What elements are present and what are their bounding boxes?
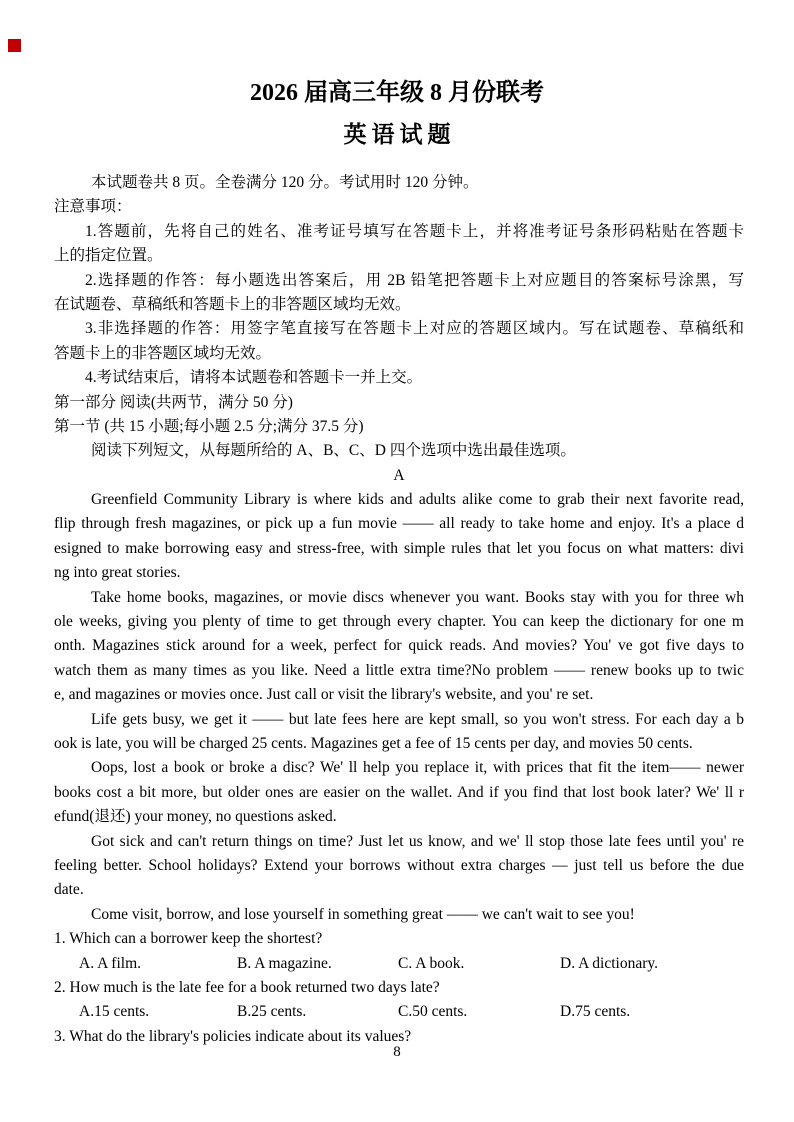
text-line: Got sick and can't return things on time… (54, 830, 744, 854)
text-line: 4.考试结束后，请将本试题卷和答题卡一并上交。 (54, 366, 744, 390)
text-line: 阅读下列短文，从每题所给的 A、B、C、D 四个选项中选出最佳选项。 (54, 439, 744, 463)
text-line: feeling better. School holidays? Extend … (54, 854, 744, 878)
text-line: Oops, lost a book or broke a disc? We' l… (54, 756, 744, 780)
text-line: Life gets busy, we get it —— but late fe… (54, 708, 744, 732)
option-item: A. A film. (79, 952, 237, 976)
text-line: 3.非选择题的作答：用签字笔直接写在答题卡上对应的答题区域内。写在试题卷、草稿纸… (54, 317, 744, 341)
text-line: 2. How much is the late fee for a book r… (54, 976, 744, 1000)
page-number: 8 (0, 1042, 794, 1062)
text-line: 2.选择题的作答：每小题选出答案后，用 2B 铅笔把答题卡上对应题目的答案标号涂… (54, 269, 744, 293)
text-line: 1.答题前，先将自己的姓名、准考证号填写在答题卡上，并将准考证号条形码粘贴在答题… (54, 220, 744, 244)
text-line: Come visit, borrow, and lose yourself in… (54, 903, 744, 927)
text-line: books cost a bit more, but older ones ar… (54, 781, 744, 805)
text-line: ole weeks, giving you plenty of time to … (54, 610, 744, 634)
page-title: 2026 届高三年级 8 月份联考 (0, 79, 794, 107)
text-line: 注意事项： (54, 195, 744, 219)
option-item: C. A book. (398, 952, 560, 976)
text-line: onth. Magazines stick around for a week,… (54, 634, 744, 658)
text-line: esigned to make borrowing easy and stres… (54, 537, 744, 561)
text-line: ng into great stories. (54, 561, 744, 585)
text-line: Take home books, magazines, or movie dis… (54, 586, 744, 610)
text-line: efund(退还) your money, no questions asked… (54, 805, 744, 829)
text-line: ook is late, you will be charged 25 cent… (54, 732, 744, 756)
option-item: B.25 cents. (237, 1000, 398, 1024)
option-item: A.15 cents. (79, 1000, 237, 1024)
text-line: 1. Which can a borrower keep the shortes… (54, 927, 744, 951)
text-line: flip through fresh magazines, or pick up… (54, 512, 744, 536)
text-line: date. (54, 878, 744, 902)
text-line: 上的指定位置。 (54, 244, 744, 268)
section-label: A (54, 464, 744, 488)
text-line: 答题卡上的非答题区域均无效。 (54, 342, 744, 366)
options-row: A. A film.B. A magazine.C. A book.D. A d… (54, 952, 744, 976)
option-item: C.50 cents. (398, 1000, 560, 1024)
option-item: B. A magazine. (237, 952, 398, 976)
red-stamp-marker (8, 39, 21, 52)
text-line: e, and magazines or movies once. Just ca… (54, 683, 744, 707)
options-row: A.15 cents.B.25 cents.C.50 cents.D.75 ce… (54, 1000, 744, 1024)
document-body: 本试题卷共 8 页。全卷满分 120 分。考试用时 120 分钟。注意事项：1.… (54, 171, 744, 1049)
text-line: 第一节 (共 15 小题;每小题 2.5 分;满分 37.5 分) (54, 415, 744, 439)
text-line: 第一部分 阅读(共两节，满分 50 分) (54, 391, 744, 415)
page-subtitle: 英语试题 (0, 121, 794, 149)
option-item: D.75 cents. (560, 1000, 744, 1024)
exam-paper-page: 2026 届高三年级 8 月份联考 英语试题 本试题卷共 8 页。全卷满分 12… (0, 0, 794, 1122)
option-item: D. A dictionary. (560, 952, 744, 976)
text-line: Greenfield Community Library is where ki… (54, 488, 744, 512)
text-line: watch them as many times as you like. Ne… (54, 659, 744, 683)
text-line: 本试题卷共 8 页。全卷满分 120 分。考试用时 120 分钟。 (54, 171, 744, 195)
text-line: 在试题卷、草稿纸和答题卡上的非答题区域均无效。 (54, 293, 744, 317)
